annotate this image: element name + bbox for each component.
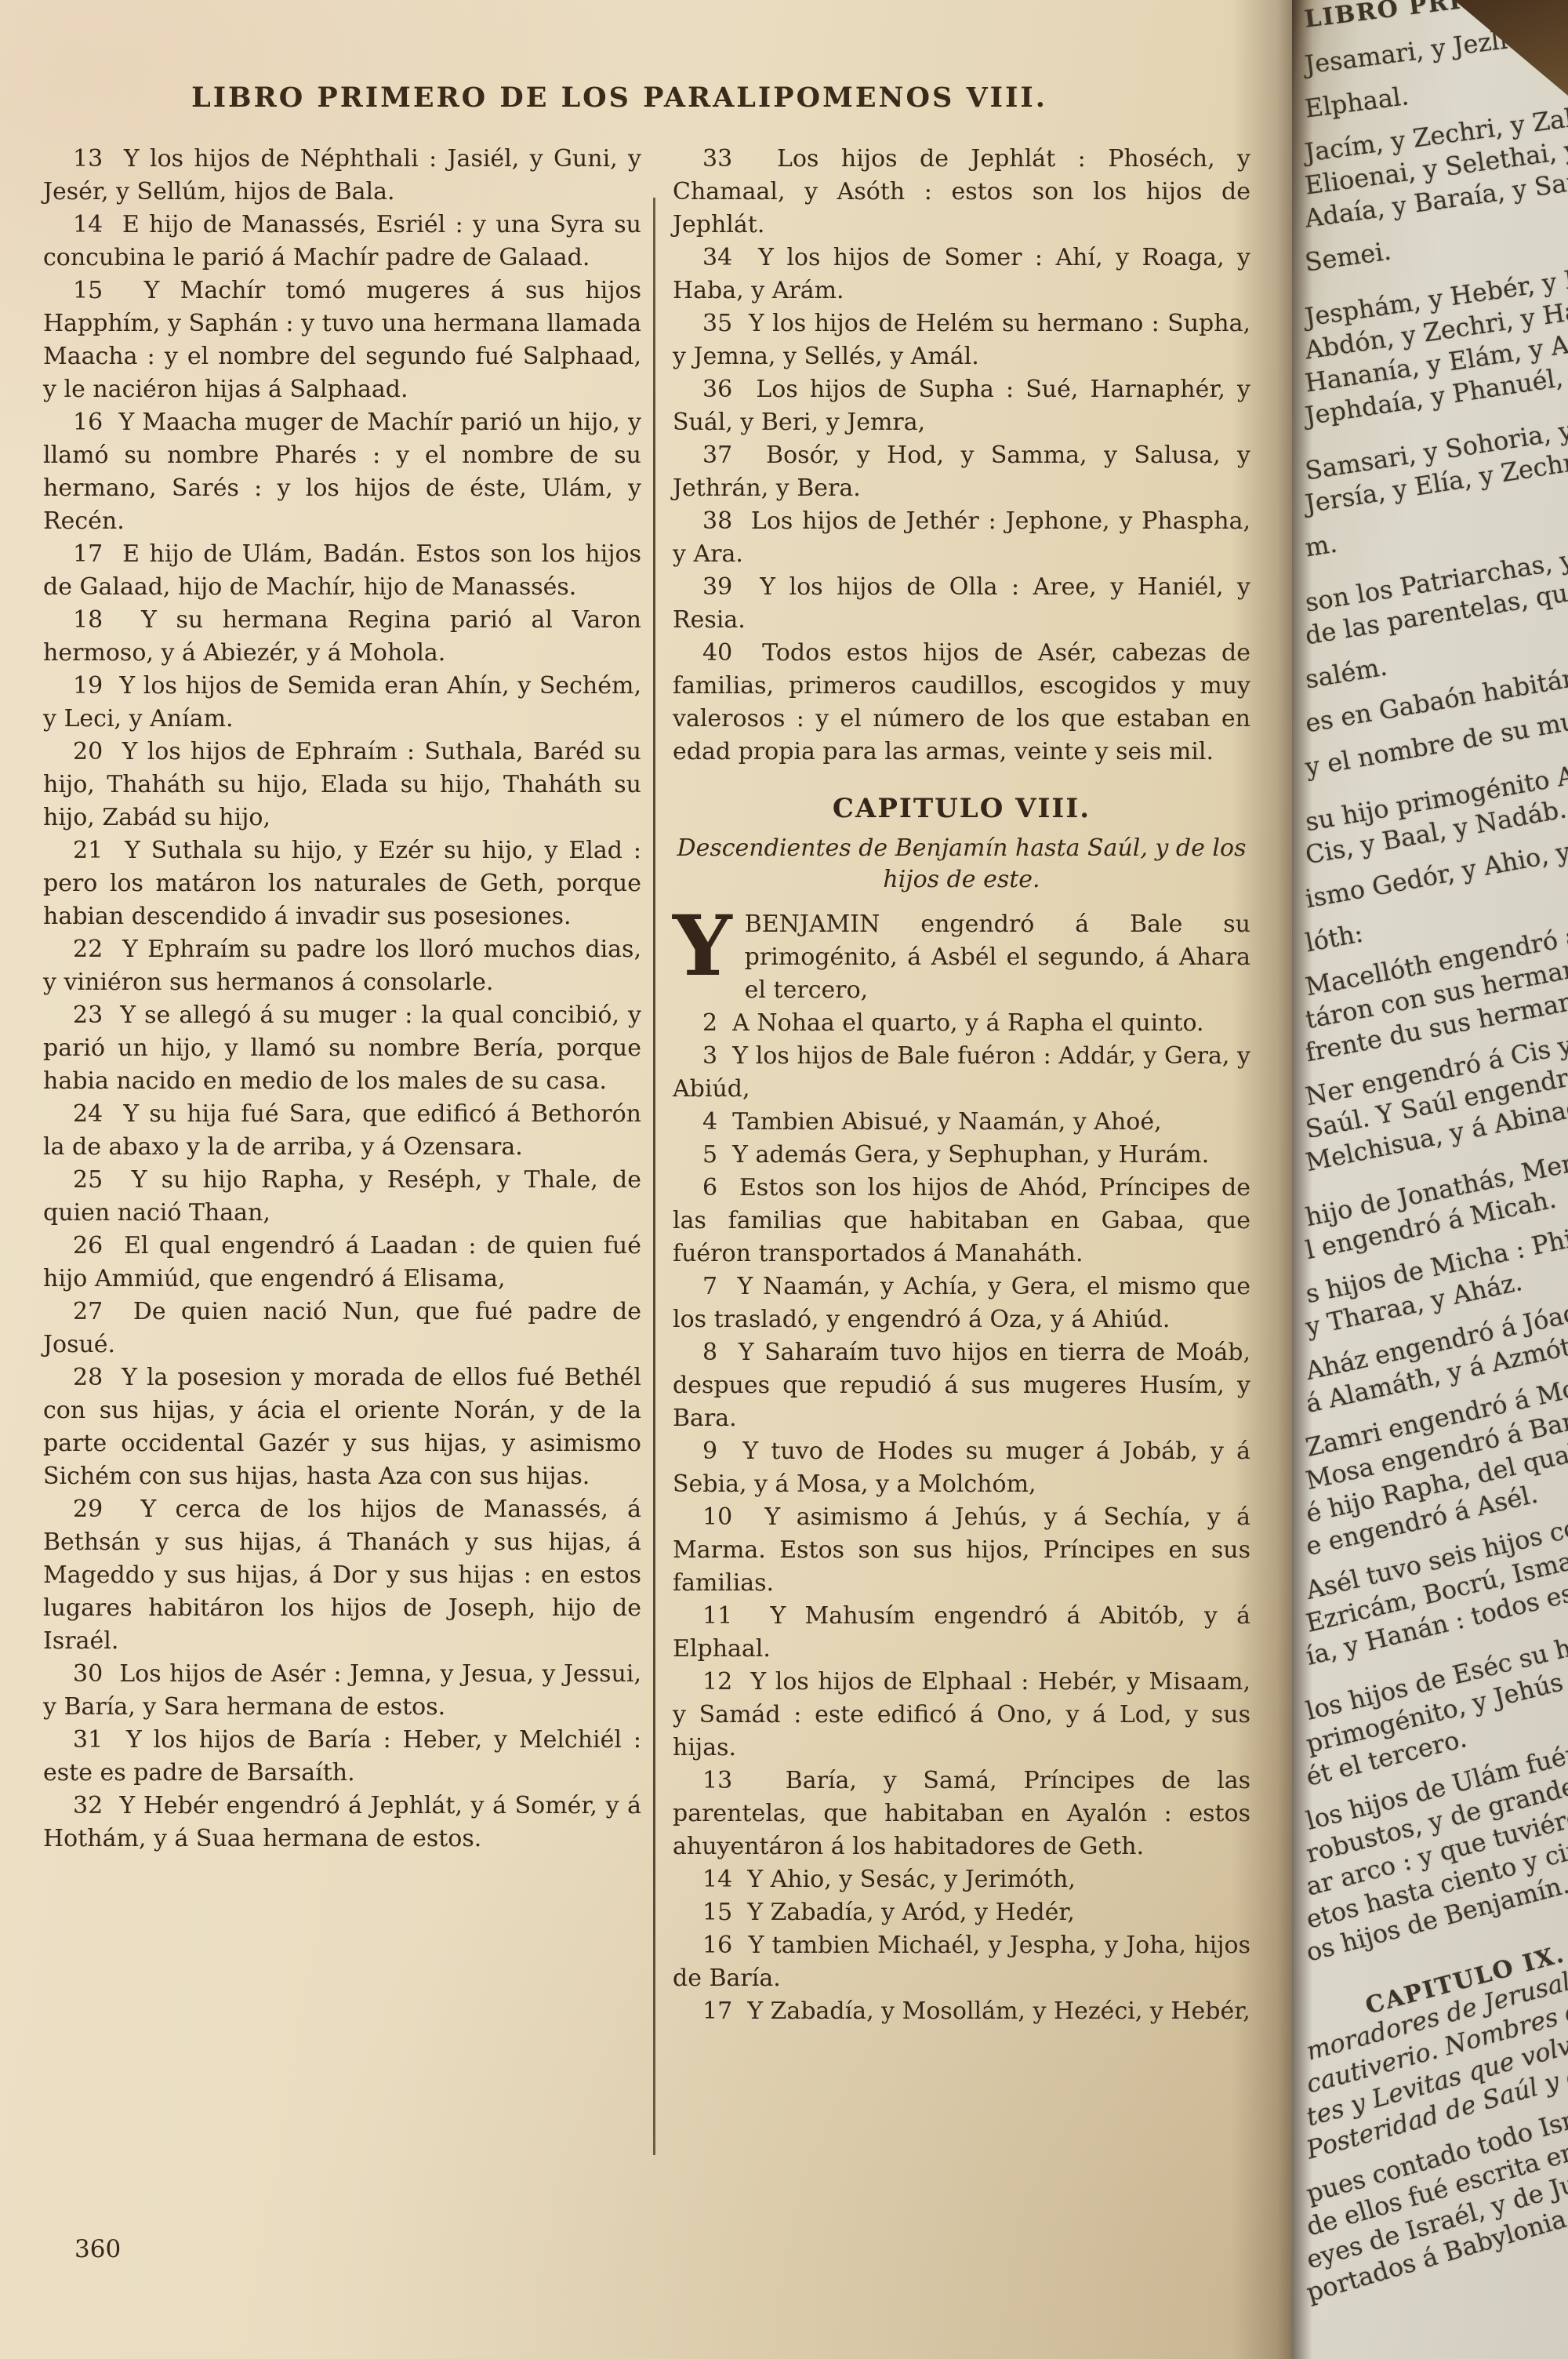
page-number: 360: [74, 2235, 121, 2263]
verse-3: 3 Y los hijos de Bale fuéron : Addár, y …: [673, 1040, 1250, 1106]
verse-39: 39 Y los hijos de Olla : Aree, y Haniél,…: [673, 571, 1250, 637]
verse-32: 32 Y Hebér engendró á Jephlát, y á Somér…: [43, 1790, 641, 1856]
text-column-left: 13 Y los hijos de Néphthali : Jasiél, y …: [43, 143, 641, 2028]
verse-7: 7 Y Naamán, y Achía, y Gera, el mismo qu…: [673, 1270, 1250, 1336]
verse-22: 22 Y Ephraím su padre los lloró muchos d…: [43, 933, 641, 999]
text-column-right: 33 Los hijos de Jephlát : Phoséch, y Cha…: [673, 143, 1250, 2028]
verse-38: 38 Los hijos de Jethér : Jephone, y Phas…: [673, 505, 1250, 571]
verse-14: 14 Y Ahio, y Sesác, y Jerimóth,: [673, 1863, 1250, 1896]
verse-1: YBENJAMIN engendró á Bale su primogénito…: [673, 908, 1250, 1007]
verse-13: 13 Baría, y Samá, Príncipes de las paren…: [673, 1765, 1250, 1863]
verse-33: 33 Los hijos de Jephlát : Phoséch, y Cha…: [673, 143, 1250, 242]
verse-6: 6 Estos son los hijos de Ahód, Príncipes…: [673, 1172, 1250, 1270]
verse-18: 18 Y su hermana Regina parió al Varon he…: [43, 604, 641, 670]
book-photo: LIBRO PRIMERO DE LOS PARALIPOMENOS VIII.…: [0, 0, 1568, 2359]
chapter-subtitle: Descendientes de Benjamín hasta Saúl, y …: [673, 833, 1250, 896]
left-page: LIBRO PRIMERO DE LOS PARALIPOMENOS VIII.…: [0, 0, 1298, 2359]
verse-9: 9 Y tuvo de Hodes su muger á Jobáb, y á …: [673, 1435, 1250, 1501]
verse-17: 17 E hijo de Ulám, Badán. Estos son los …: [43, 538, 641, 604]
running-head: LIBRO PRIMERO DE LOS PARALIPOMENOS VIII.: [0, 82, 1239, 114]
verse-29: 29 Y cerca de los hijos de Manassés, á B…: [43, 1493, 641, 1658]
verse-31: 31 Y los hijos de Baría : Heber, y Melch…: [43, 1724, 641, 1790]
text-columns: 13 Y los hijos de Néphthali : Jasiél, y …: [43, 143, 1250, 2028]
verse-5: 5 Y además Gera, y Sephuphan, y Hurám.: [673, 1139, 1250, 1172]
drop-cap-letter: Y: [673, 914, 732, 977]
verse-17: 17 Y Zabadía, y Mosollám, y Hezéci, y He…: [673, 1995, 1250, 2028]
verse-28: 28 Y la posesion y morada de ellos fué B…: [43, 1361, 641, 1493]
partial-text-line: m.: [1303, 529, 1339, 563]
partial-text-line: salém.: [1303, 652, 1389, 695]
verse-27: 27 De quien nació Nun, que fué padre de …: [43, 1296, 641, 1361]
verse-20: 20 Y los hijos de Ephraím : Suthala, Bar…: [43, 736, 641, 834]
right-page-curved: LIBRO PRIJesamari, y Jezlía, y JoElphaal…: [1292, 0, 1568, 2359]
verse-16: 16 Y tambien Michaél, y Jespha, y Joha, …: [673, 1929, 1250, 1995]
verse-1-text: BENJAMIN engendró á Bale su primogénito,…: [745, 911, 1250, 1004]
partial-text-line: lóth:: [1303, 918, 1365, 958]
column-divider: [653, 198, 655, 2155]
verse-36: 36 Los hijos de Supha : Sué, Harnaphér, …: [673, 373, 1250, 439]
verse-13: 13 Y los hijos de Néphthali : Jasiél, y …: [43, 143, 641, 209]
verse-37: 37 Bosór, y Hod, y Samma, y Salusa, y Je…: [673, 439, 1250, 505]
verse-24: 24 Y su hija fué Sara, que edificó á Bet…: [43, 1098, 641, 1164]
verse-25: 25 Y su hijo Rapha, y Reséph, y Thale, d…: [43, 1164, 641, 1230]
verse-26: 26 El qual engendró á Laadan : de quien …: [43, 1230, 641, 1296]
verse-16: 16 Y Maacha muger de Machír parió un hij…: [43, 406, 641, 538]
chapter-heading: CAPITULO VIII.: [673, 792, 1250, 825]
partial-text-line: Elphaal.: [1303, 81, 1410, 124]
verse-14: 14 E hijo de Manassés, Esriél : y una Sy…: [43, 209, 641, 274]
heading-fragment: LIBRO PRI: [1303, 0, 1463, 34]
verse-15: 15 Y Machír tomó mugeres á sus hijos Hap…: [43, 274, 641, 406]
partial-text-line: Semei.: [1303, 236, 1393, 278]
verse-8: 8 Y Saharaím tuvo hijos en tierra de Moá…: [673, 1336, 1250, 1435]
verses-33-40: 33 Los hijos de Jephlát : Phoséch, y Cha…: [673, 143, 1250, 769]
verse-10: 10 Y asimismo á Jehús, y á Sechía, y á M…: [673, 1501, 1250, 1600]
verse-19: 19 Y los hijos de Semida eran Ahín, y Se…: [43, 670, 641, 736]
verse-12: 12 Y los hijos de Elphaal : Hebér, y Mis…: [673, 1666, 1250, 1765]
verse-11: 11 Y Mahusím engendró á Abitób, y á Elph…: [673, 1600, 1250, 1666]
verse-30: 30 Los hijos de Asér : Jemna, y Jesua, y…: [43, 1658, 641, 1724]
verse-15: 15 Y Zabadía, y Aród, y Hedér,: [673, 1896, 1250, 1929]
verse-23: 23 Y se allegó á su muger : la qual conc…: [43, 999, 641, 1098]
verses-2-17: 2 A Nohaa el quarto, y á Rapha el quinto…: [673, 1007, 1250, 2028]
verse-4: 4 Tambien Abisué, y Naamán, y Ahoé,: [673, 1106, 1250, 1139]
verse-40: 40 Todos estos hijos de Asér, cabezas de…: [673, 637, 1250, 769]
verse-35: 35 Y los hijos de Helém su hermano : Sup…: [673, 307, 1250, 373]
verse-34: 34 Y los hijos de Somer : Ahí, y Roaga, …: [673, 242, 1250, 307]
verse-2: 2 A Nohaa el quarto, y á Rapha el quinto…: [673, 1007, 1250, 1040]
verse-21: 21 Y Suthala su hijo, y Ezér su hijo, y …: [43, 834, 641, 933]
